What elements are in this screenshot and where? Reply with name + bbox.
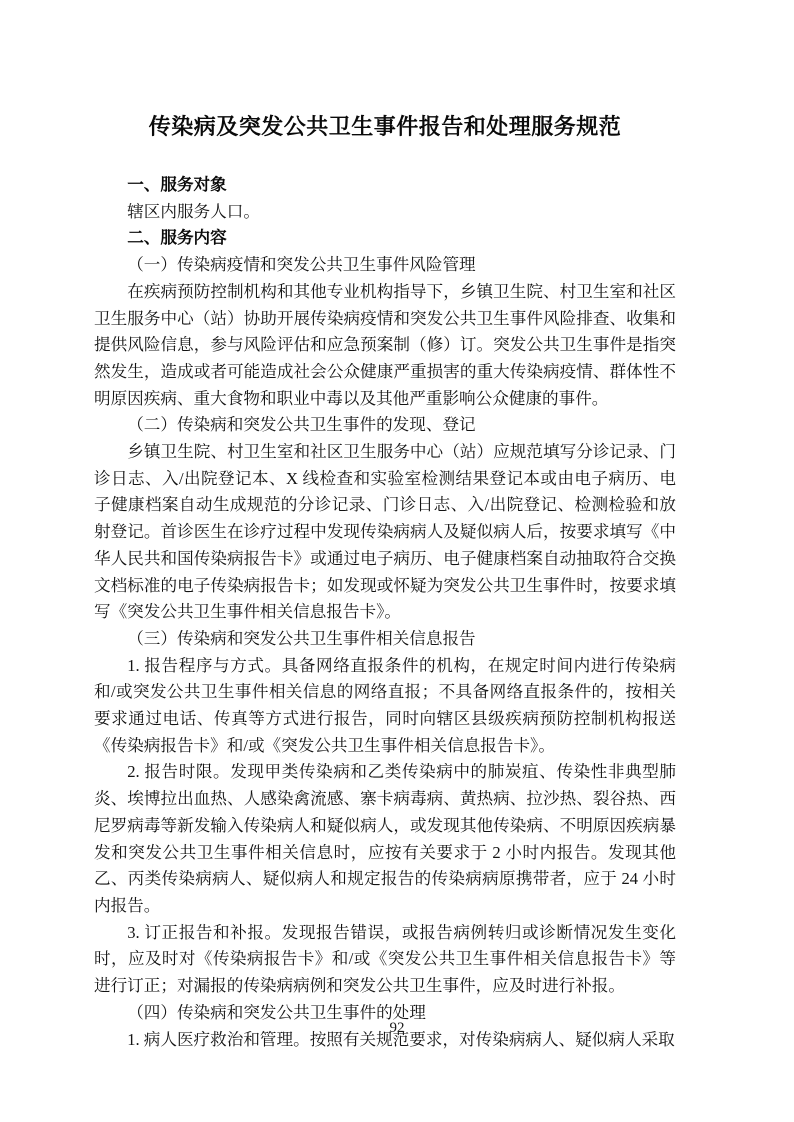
paragraph: 乡镇卫生院、村卫生室和社区卫生服务中心（站）应规范填写分诊记录、门诊日志、入/出…	[94, 439, 676, 626]
paragraph: 3. 订正报告和补报。发现报告错误，或报告病例转归或诊断情况发生变化时，应及时对…	[94, 920, 676, 1000]
section-heading: 二、服务内容	[94, 225, 676, 252]
paragraph: 2. 报告时限。发现甲类传染病和乙类传染病中的肺炭疽、传染性非典型肺炎、埃博拉出…	[94, 759, 676, 919]
document-body: 一、服务对象 辖区内服务人口。 二、服务内容 （一）传染病疫情和突发公共卫生事件…	[94, 172, 676, 1053]
section-heading: 一、服务对象	[94, 172, 676, 199]
document-page: 传染病及突发公共卫生事件报告和处理服务规范 一、服务对象 辖区内服务人口。 二、…	[0, 0, 794, 1122]
page-title: 传染病及突发公共卫生事件报告和处理服务规范	[94, 110, 676, 144]
sub-heading: （三）传染病和突发公共卫生事件相关信息报告	[94, 626, 676, 653]
page-number: 92	[0, 1020, 794, 1036]
sub-heading: （二）传染病和突发公共卫生事件的发现、登记	[94, 412, 676, 439]
paragraph: 1. 报告程序与方式。具备网络直报条件的机构，在规定时间内进行传染病和/或突发公…	[94, 653, 676, 760]
paragraph: 在疾病预防控制机构和其他专业机构指导下，乡镇卫生院、村卫生室和社区卫生服务中心（…	[94, 279, 676, 413]
paragraph: 辖区内服务人口。	[94, 199, 676, 226]
sub-heading: （一）传染病疫情和突发公共卫生事件风险管理	[94, 252, 676, 279]
